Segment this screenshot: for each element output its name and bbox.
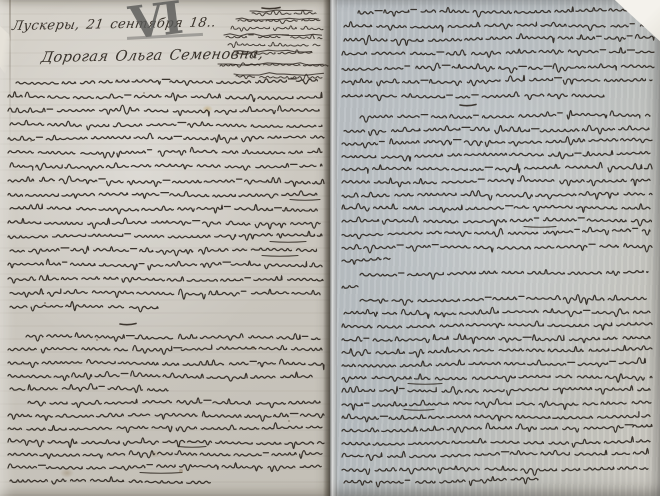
ink-stroke [16, 79, 317, 86]
ink-stroke [342, 399, 651, 410]
ink-stroke [342, 334, 650, 344]
ink-stroke [120, 324, 136, 325]
ink-stroke [460, 105, 476, 106]
ink-stroke [8, 411, 324, 421]
ink-stroke [290, 200, 320, 201]
ink-stroke [342, 345, 652, 357]
ink-stroke [10, 289, 320, 299]
ink-stroke [262, 256, 298, 257]
ink-stroke [8, 92, 322, 102]
ink-stroke [8, 423, 322, 433]
ink-stroke [10, 120, 322, 129]
ink-stroke [342, 216, 651, 226]
ink-stroke [342, 63, 654, 73]
ink-stroke [360, 270, 648, 279]
ink-stroke [8, 105, 324, 116]
ink-stroke [10, 477, 210, 484]
ink-stroke [358, 6, 650, 17]
ink-stroke [26, 333, 320, 342]
ink-stroke [342, 191, 652, 200]
ink-stroke [28, 398, 320, 408]
ink-stroke [342, 286, 358, 289]
ink-stroke [8, 451, 322, 459]
ink-stroke [8, 191, 322, 198]
ink-stroke [8, 176, 324, 186]
ink-stroke [342, 227, 650, 238]
ink-stroke [236, 18, 319, 20]
ink-stroke [224, 34, 322, 36]
ink-stroke [344, 125, 649, 135]
ink-stroke [8, 133, 324, 143]
ink-stroke [8, 463, 321, 472]
ink-stroke [408, 384, 442, 385]
ink-stroke [342, 448, 652, 460]
ink-stroke [8, 231, 322, 240]
ink-stroke [342, 75, 652, 85]
ink-stroke [342, 151, 650, 162]
ink-stroke [10, 163, 322, 171]
ink-stroke [8, 147, 322, 158]
ink-stroke [342, 466, 648, 475]
ink-stroke [344, 477, 541, 487]
ink-stroke [234, 73, 324, 76]
ink-stroke [8, 259, 322, 270]
ink-stroke [342, 386, 650, 395]
ink-stroke [10, 302, 158, 312]
ink-stroke [344, 307, 650, 318]
ink-stroke [404, 410, 434, 411]
ink-stroke [342, 374, 652, 382]
ink-stroke [342, 412, 650, 422]
ink-stroke [250, 10, 312, 12]
ink-stroke [178, 447, 206, 448]
ink-stroke [524, 227, 556, 228]
ink-stroke [342, 137, 652, 148]
ink-stroke [342, 358, 645, 367]
ink-stroke [10, 384, 168, 393]
ink-stroke [342, 437, 650, 448]
ink-stroke [342, 176, 650, 187]
ink-stroke [231, 26, 323, 31]
ink-stroke [342, 244, 652, 253]
edge-crease [9, 0, 11, 150]
ink-stroke [360, 110, 650, 122]
ink-stroke [342, 423, 652, 432]
ink-stroke [342, 258, 390, 265]
right-page [330, 0, 660, 496]
ink-stroke [342, 204, 650, 213]
ink-stroke [140, 473, 182, 474]
ink-stroke [8, 359, 324, 369]
ink-stroke [8, 218, 320, 229]
ink-stroke [10, 246, 317, 256]
ink-stroke [342, 162, 652, 173]
ink-stroke [342, 92, 604, 101]
ink-stroke [252, 10, 316, 15]
ink-stroke [342, 321, 652, 330]
ink-stroke [8, 438, 324, 449]
manuscript-scan: Лускеры, 21 сентября 18.. Дорогая Ольга … [0, 0, 660, 496]
ink-stroke [8, 371, 312, 381]
handwriting-left [0, 0, 330, 496]
ink-stroke [360, 295, 646, 306]
handwriting-right [330, 0, 660, 496]
ink-stroke [10, 204, 322, 214]
ink-stroke [270, 242, 306, 243]
ink-stroke [344, 22, 652, 32]
ink-stroke [8, 275, 323, 283]
ink-stroke [342, 48, 654, 58]
left-page: Лускеры, 21 сентября 18.. Дорогая Ольга … [0, 0, 330, 496]
ink-stroke [8, 345, 322, 355]
page-number-mark: VI [126, 0, 184, 48]
ink-stroke [344, 34, 654, 46]
ink-stroke [262, 8, 280, 9]
